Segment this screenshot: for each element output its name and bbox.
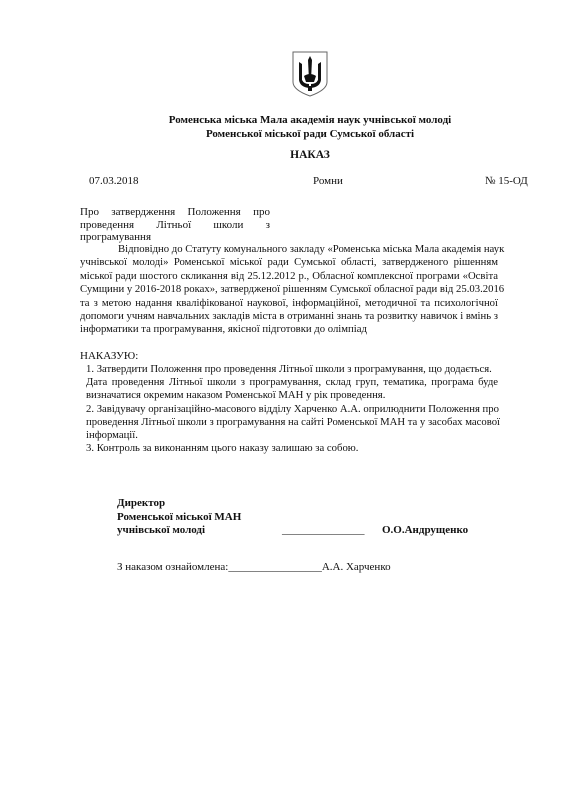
order-item-1-note: визначатися окремим наказом Роменської М… xyxy=(86,389,498,402)
subject-line: програмування xyxy=(80,231,270,244)
order-item-2: інформації. xyxy=(86,429,498,442)
order-item-1-note: Дата проведення Літньої школи з програму… xyxy=(86,376,498,389)
acknowledgement-name: А.А. Харченко xyxy=(322,561,391,573)
acknowledgement-label: З наказом ознайомлена: xyxy=(117,561,228,573)
organization-name-line2: Роменської міської ради Сумської області xyxy=(0,127,566,141)
signature-position-line: учнівської молоді xyxy=(117,524,241,538)
order-item-1: 1. Затвердити Положення про проведення Л… xyxy=(86,363,498,376)
document-title: НАКАЗ xyxy=(0,149,566,161)
order-item-2: проведення Літньої школи з програмування… xyxy=(86,416,498,429)
order-heading: НАКАЗУЮ: xyxy=(80,350,138,362)
order-items: 1. Затвердити Положення про проведення Л… xyxy=(86,363,498,455)
coat-of-arms-icon xyxy=(290,50,330,98)
document-number: № 15-ОД xyxy=(485,175,528,187)
order-item-2: 2. Завідувачу організаційно-масового від… xyxy=(86,403,498,416)
preamble-line: допомоги учням навчальних закладів міста… xyxy=(80,310,498,323)
subject-line: Про затвердження Положення про xyxy=(80,206,270,219)
preamble-line: міської ради шостого скликання від 25.12… xyxy=(80,270,498,283)
acknowledgement: З наказом ознайомлена:_________________А… xyxy=(117,561,391,573)
preamble-paragraph: Відповідно до Статуту комунального закла… xyxy=(80,243,498,337)
order-item-3: 3. Контроль за виконанням цього наказу з… xyxy=(86,442,498,455)
document-city: Ромни xyxy=(313,175,343,187)
document-date: 07.03.2018 xyxy=(89,175,139,187)
preamble-line: та з метою надання кваліфікованої науков… xyxy=(80,297,498,310)
preamble-line: Відповідно до Статуту комунального закла… xyxy=(80,243,498,256)
signature-position-line: Роменської міської МАН xyxy=(117,511,241,525)
signatory-name: О.О.Андрущенко xyxy=(382,524,468,536)
preamble-line: учнівської молоді» Роменської міської ра… xyxy=(80,256,498,269)
subject-line: проведення Літньої школи з xyxy=(80,219,270,232)
preamble-line: інформатики та програмування, якісної пі… xyxy=(80,323,498,336)
acknowledgement-line: _________________ xyxy=(228,561,322,573)
organization-name-line1: Роменська міська Мала академія наук учні… xyxy=(0,113,566,127)
document-subject: Про затвердження Положення про проведенн… xyxy=(80,206,270,244)
preamble-line: Сумщини у 2016-2018 роках», затвердженої… xyxy=(80,283,498,296)
signature-position: Директор Роменської міської МАН учнівськ… xyxy=(117,497,241,538)
signature-position-line: Директор xyxy=(117,497,241,511)
document-page: Роменська міська Мала академія наук учні… xyxy=(0,0,566,800)
signature-line: _______________ xyxy=(282,524,365,536)
